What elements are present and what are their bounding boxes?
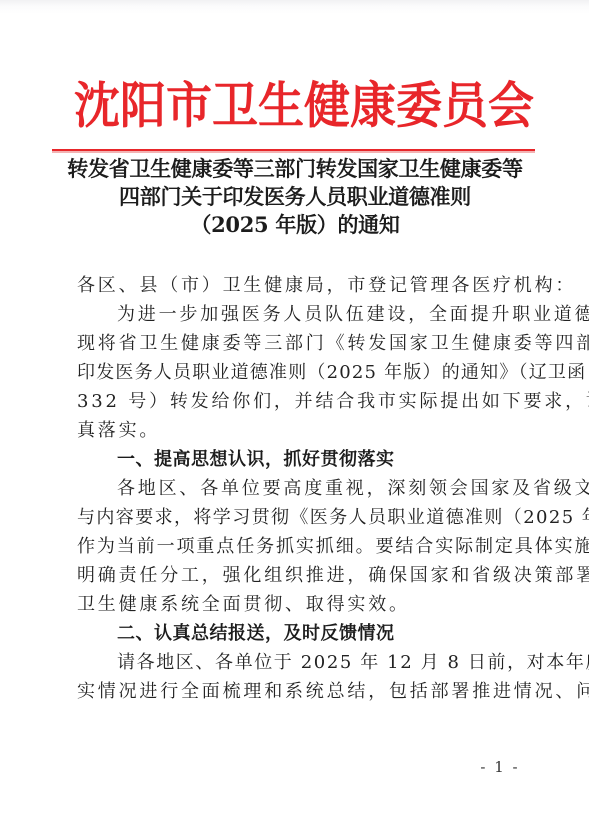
body-line: 332 号）转发给你们，并结合我市实际提出如下要求，请一并认: [77, 387, 517, 416]
masthead-char: 委: [396, 80, 442, 130]
title-line: 四部门关于印发医务人员职业道德准则: [60, 183, 530, 211]
body-line: 卫生健康系统全面贯彻、取得实效。: [77, 590, 517, 619]
body-line: 实情况进行全面梳理和系统总结，包括部署推进情况、问题发现: [77, 677, 517, 706]
document-body: 各区、县（市）卫生健康局，市登记管理各医疗机构： 为进一步加强医务人员队伍建设，…: [77, 271, 517, 706]
section-heading: 一、提高思想认识，抓好贯彻落实: [77, 445, 517, 474]
title-line: （2025 年版）的通知: [60, 211, 530, 239]
section-1: 一、提高思想认识，抓好贯彻落实 各地区、各单位要高度重视，深刻领会国家及省级文件…: [77, 445, 517, 619]
masthead-char: 生: [258, 80, 304, 130]
intro-paragraph: 为进一步加强医务人员队伍建设，全面提升职业道德水平， 现将省卫生健康委等三部门《…: [77, 300, 517, 445]
body-line: 印发医务人员职业道德准则（2025 年版）的通知》（辽卫函〔2025〕: [77, 358, 517, 387]
section-2: 二、认真总结报送，及时反馈情况 请各地区、各单位于 2025 年 12 月 8 …: [77, 619, 517, 706]
addressee: 各区、县（市）卫生健康局，市登记管理各医疗机构：: [77, 271, 517, 300]
title-line: 转发省卫生健康委等三部门转发国家卫生健康委等: [60, 155, 530, 183]
masthead-char: 康: [350, 80, 396, 130]
red-divider-line-shadow: [52, 151, 535, 153]
body-line: 明确责任分工，强化组织推进，确保国家和省级决策部署在全市: [77, 561, 517, 590]
body-line: 作为当前一项重点任务抓实抓细。要结合实际制定具体实施计划，: [77, 532, 517, 561]
document-page: 沈 阳 市 卫 生 健 康 委 员 会 转发省卫生健康委等三部门转发国家卫生健康…: [0, 0, 589, 832]
masthead-char: 市: [166, 80, 212, 130]
body-line: 请各地区、各单位于 2025 年 12 月 8 日前，对本年度贯彻落: [77, 648, 517, 677]
body-line: 各地区、各单位要高度重视，深刻领会国家及省级文件精神: [77, 474, 517, 503]
page-number: - 1 -: [470, 758, 530, 776]
masthead-char: 健: [304, 80, 350, 130]
body-line: 与内容要求，将学习贯彻《医务人员职业道德准则（2025 年版）》: [77, 503, 517, 532]
body-line: 真落实。: [77, 416, 517, 445]
masthead-char: 阳: [120, 80, 166, 130]
masthead-char: 会: [488, 80, 534, 130]
document-title: 转发省卫生健康委等三部门转发国家卫生健康委等 四部门关于印发医务人员职业道德准则…: [60, 155, 530, 239]
body-line: 现将省卫生健康委等三部门《转发国家卫生健康委等四部门关于: [77, 329, 517, 358]
section-heading: 二、认真总结报送，及时反馈情况: [77, 619, 517, 648]
issuer-masthead: 沈 阳 市 卫 生 健 康 委 员 会: [52, 74, 536, 136]
body-line: 为进一步加强医务人员队伍建设，全面提升职业道德水平，: [77, 300, 517, 329]
masthead-char: 卫: [212, 80, 258, 130]
masthead-char: 员: [442, 80, 488, 130]
addressee-line: 各区、县（市）卫生健康局，市登记管理各医疗机构：: [77, 271, 517, 300]
masthead-char: 沈: [74, 80, 120, 130]
